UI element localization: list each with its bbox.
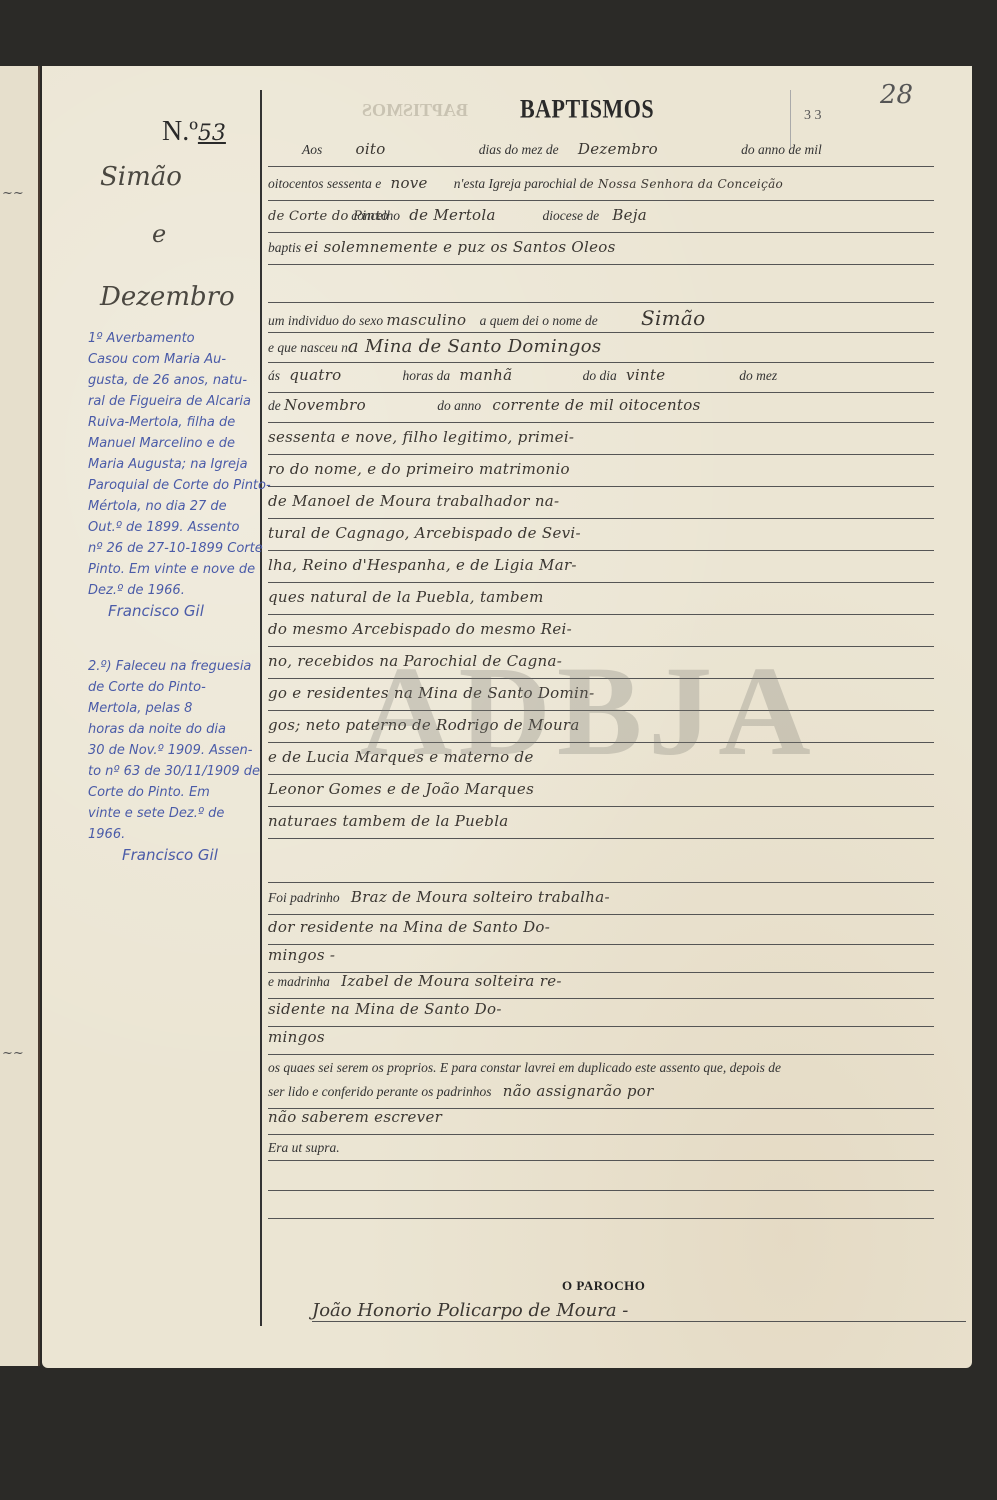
page-number: 28	[880, 80, 913, 110]
note-line: Out.º de 1899. Assento	[88, 517, 298, 538]
body-text: ro do nome, e do primeiro matrimonio	[268, 460, 570, 478]
note-line: Manuel Marcelino e de	[88, 433, 298, 454]
label: e que nasceu n	[268, 340, 348, 355]
body-text: ques natural de la Puebla, tambem	[268, 588, 544, 606]
label: do dia	[583, 368, 617, 383]
entry-number-label: N.º	[162, 116, 198, 147]
field-concelho: de Mertola	[409, 206, 539, 224]
note-line: Corte do Pinto. Em	[88, 782, 298, 803]
margin-child-name: Simão	[100, 162, 182, 192]
label: do anno de mil	[741, 142, 822, 157]
margin-month: Dezembro	[100, 282, 235, 312]
body-line: lha, Reino d'Hespanha, e de Ligia Mar-	[268, 556, 934, 583]
note-line: Paroquial de Corte do Pinto-	[88, 475, 298, 496]
note-line: ral de Figueira de Alcaria	[88, 391, 298, 412]
field-day: oito	[356, 140, 476, 158]
row-closing-cont: não saberem escrever	[268, 1108, 934, 1135]
previous-page-edge: ~~ ~~	[0, 66, 40, 1366]
registrar-signature: Francisco Gil	[88, 845, 298, 866]
label: do anno	[437, 398, 481, 413]
field-birth-year: corrente de mil oitocentos	[492, 396, 700, 414]
field-baptis: ei solemnemente e puz os Santos Oleos	[304, 238, 615, 256]
note-line: Maria Augusta; na Igreja	[88, 454, 298, 475]
row-sex-name: um individuo do sexo masculino a quem de…	[268, 306, 934, 333]
field-birth-day: vinte	[626, 366, 736, 384]
row-padrinho-cont: mingos -	[268, 946, 934, 973]
margin-conj: e	[152, 220, 166, 248]
label: n'esta Igreja parochial d	[454, 176, 587, 191]
row-madrinha-cont: sidente na Mina de Santo Do-	[268, 1000, 934, 1027]
parish-priest-signature: João Honorio Policarpo de Moura -	[312, 1300, 966, 1322]
body-text: tural de Cagnago, Arcebispado de Sevi-	[268, 524, 581, 542]
body-line: tural de Cagnago, Arcebispado de Sevi-	[268, 524, 934, 551]
label: dias do mez de	[479, 142, 559, 157]
row-blank	[268, 276, 934, 303]
field-signature-note-cont: não saberem escrever	[268, 1108, 442, 1126]
field-month: Dezembro	[578, 140, 738, 158]
row-concelho: de Corte do Pinto concelho de Mertola di…	[268, 206, 934, 233]
field-name: Simão	[641, 306, 706, 330]
row-birthplace: e que nasceu na Mina de Santo Domingos	[268, 336, 934, 363]
note-line: nº 26 de 27-10-1899 Corte	[88, 538, 298, 559]
field-godmother: Izabel de Moura solteira re-	[341, 972, 562, 990]
body-line	[268, 856, 934, 883]
closing-text: os quaes sei serem os proprios. E para c…	[268, 1060, 781, 1076]
field-godmother-cont: sidente na Mina de Santo Do-	[268, 1000, 502, 1018]
field-birthplace: a Mina de Santo Domingos	[348, 336, 602, 357]
field-parish-cont: de Corte do Pinto	[268, 209, 348, 224]
field-diocese: Beja	[612, 206, 647, 224]
label: horas da	[403, 368, 451, 383]
note-line: vinte e sete Dez.º de	[88, 803, 298, 824]
row-birth-month: de Novembro do anno corrente de mil oito…	[268, 396, 934, 423]
field-godfather-cont: dor residente na Mina de Santo Do-	[268, 918, 550, 936]
body-line: sessenta e nove, filho legitimo, primei-	[268, 428, 934, 455]
note-line: Mertola, pelas 8	[88, 698, 298, 719]
note-line: Casou com Maria Au-	[88, 349, 298, 370]
body-text: lha, Reino d'Hespanha, e de Ligia Mar-	[268, 556, 577, 574]
row-padrinho-cont: dor residente na Mina de Santo Do-	[268, 918, 934, 945]
field-birth-month: Novembro	[284, 396, 434, 414]
note-line: Dez.º de 1966.	[88, 580, 298, 601]
note-line: to nº 63 de 30/11/1909 de	[88, 761, 298, 782]
label: do mez	[739, 368, 777, 383]
label: ser lido e conferido perante os padrinho…	[268, 1084, 491, 1099]
body-line: de Manoel de Moura trabalhador na-	[268, 492, 934, 519]
entry-number: N.º53	[162, 116, 226, 148]
row-year-parish: oitocentos sessenta e nove n'esta Igreja…	[268, 174, 934, 201]
annotation-marriage: 1º Averbamento Casou com Maria Au- gusta…	[88, 328, 298, 622]
blank-line	[268, 1160, 934, 1161]
note-line: gusta, de 26 anos, natu-	[88, 370, 298, 391]
page-title: BAPTISMOS	[520, 93, 654, 124]
archive-watermark: ADBJA	[360, 638, 817, 785]
body-text: do mesmo Arcebispado do mesmo Rei-	[268, 620, 572, 638]
label: diocese de	[542, 208, 599, 223]
label: a quem dei o nome de	[480, 313, 598, 328]
note-line: 1966.	[88, 824, 298, 845]
body-line: ques natural de la Puebla, tambem	[268, 588, 934, 615]
field-period: manhã	[459, 366, 579, 384]
blank-line	[268, 1190, 934, 1191]
left-page-mark: ~~	[2, 186, 24, 201]
label: baptis	[268, 240, 301, 255]
row-madrinha: e madrinha Izabel de Moura solteira re-	[268, 972, 934, 999]
label: Foi padrinho	[268, 890, 340, 905]
note-line: 1º Averbamento	[88, 328, 298, 349]
left-page-mark: ~~	[2, 1046, 24, 1061]
label: concelho	[351, 208, 400, 223]
row-padrinho: Foi padrinho Braz de Moura solteiro trab…	[268, 888, 934, 915]
row-date: Aos oito dias do mez de Dezembro do anno…	[268, 140, 934, 167]
era-ut-supra: Era ut supra.	[268, 1140, 340, 1156]
blank-line	[268, 1218, 934, 1219]
row-madrinha-cont: mingos	[268, 1028, 934, 1055]
row-closing: ser lido e conferido perante os padrinho…	[268, 1082, 934, 1109]
field-hour: quatro	[289, 366, 399, 384]
body-text: sessenta e nove, filho legitimo, primei-	[268, 428, 574, 446]
stamp-marks: 3 3	[804, 108, 822, 124]
body-line: ro do nome, e do primeiro matrimonio	[268, 460, 934, 487]
parish-priest-label: O PAROCHO	[562, 1278, 645, 1294]
label: Aos	[302, 142, 322, 157]
entry-number-value: 53	[198, 121, 226, 146]
body-line: naturaes tambem de la Puebla	[268, 812, 934, 839]
register-page: 28 BAPTISMOS BAPTISMOS 3 3 N.º53 Simão e…	[42, 66, 972, 1368]
row-baptis: baptis ei solemnemente e puz os Santos O…	[268, 238, 934, 265]
annotation-death: 2.º) Faleceu na freguesia de Corte do Pi…	[88, 656, 298, 866]
field-godfather: Braz de Moura solteiro trabalha-	[351, 888, 610, 906]
field-sex: masculino	[386, 311, 476, 329]
label: um individuo do sexo	[268, 313, 383, 328]
registrar-signature: Francisco Gil	[88, 601, 298, 622]
row-time: ás quatro horas da manhã do dia vinte do…	[268, 366, 934, 393]
note-line: 30 de Nov.º 1909. Assen-	[88, 740, 298, 761]
note-line: 2.º) Faleceu na freguesia	[88, 656, 298, 677]
label: ás	[268, 368, 280, 383]
bleed-through-title: BAPTISMOS	[362, 100, 468, 121]
field-year: nove	[390, 174, 450, 192]
body-text: naturaes tambem de la Puebla	[268, 812, 509, 830]
note-line: Ruiva-Mertola, filha de	[88, 412, 298, 433]
field-parish: e Nossa Senhora da Conceição	[586, 177, 783, 191]
note-line: horas da noite do dia	[88, 719, 298, 740]
note-line: de Corte do Pinto-	[88, 677, 298, 698]
field-godmother-cont: mingos	[268, 1028, 325, 1046]
body-text: de Manoel de Moura trabalhador na-	[268, 492, 559, 510]
field-signature-note: não assignarão por	[503, 1082, 654, 1100]
label: e madrinha	[268, 974, 330, 989]
label: de	[268, 398, 281, 413]
field-godfather-cont: mingos -	[268, 946, 335, 964]
note-line: Pinto. Em vinte e nove de	[88, 559, 298, 580]
label: oitocentos sessenta e	[268, 176, 381, 191]
note-line: Mértola, no dia 27 de	[88, 496, 298, 517]
